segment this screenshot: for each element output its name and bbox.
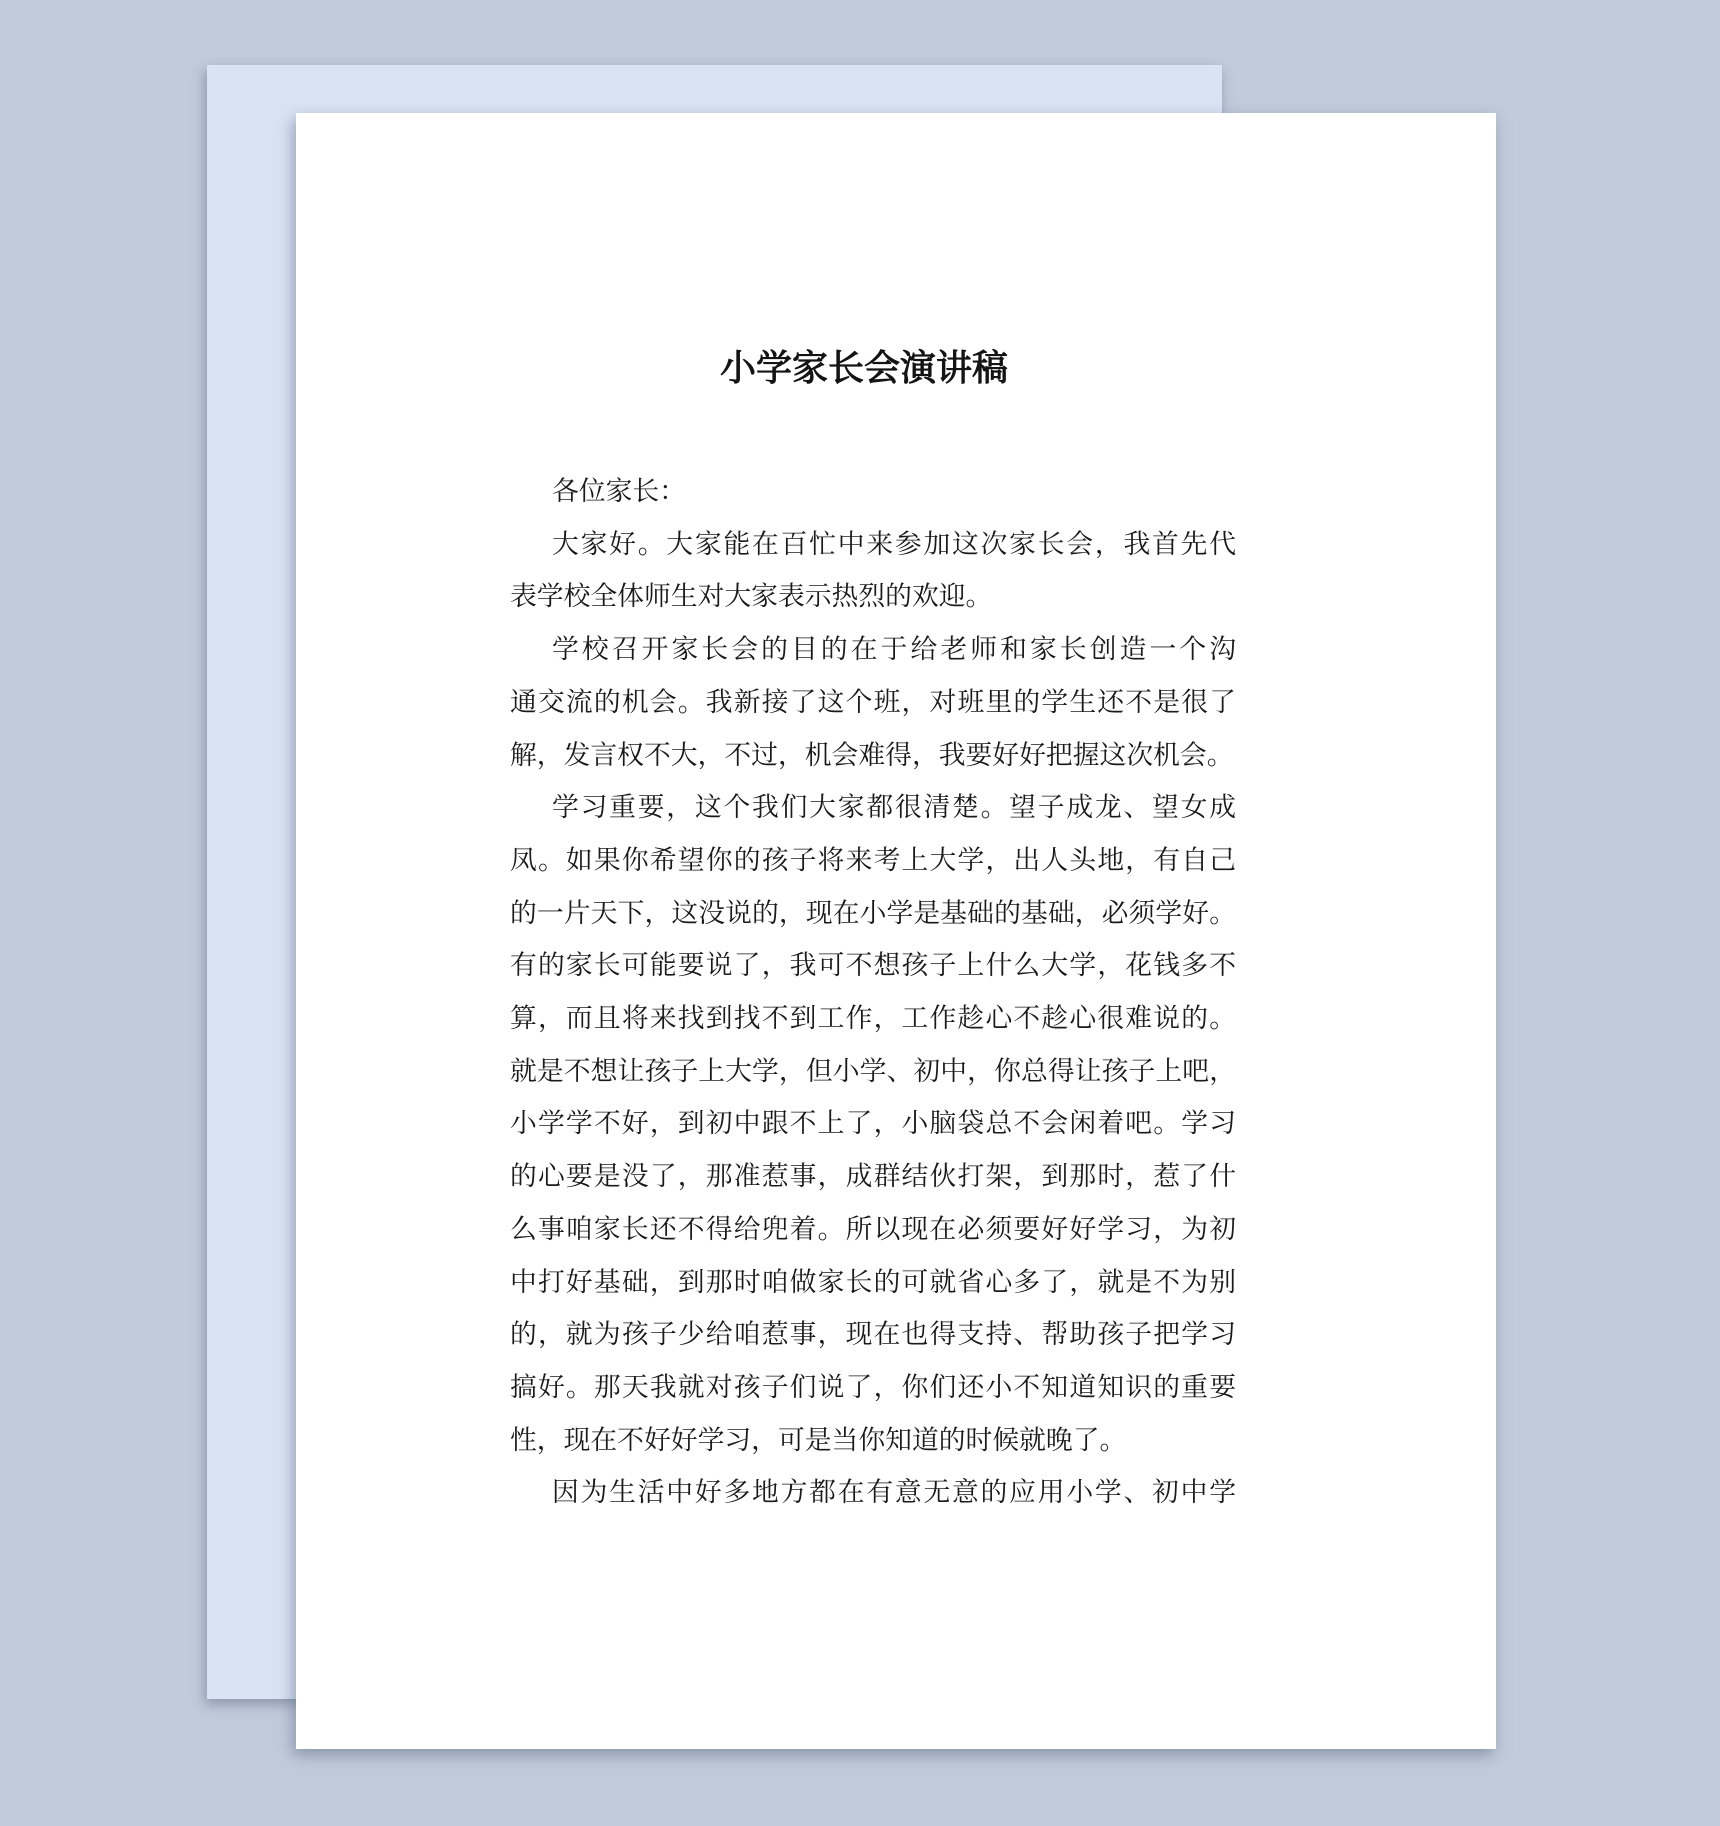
- document-text-line: 搞好。那天我就对孩子们说了，你们还小不知道知识的重要: [510, 1362, 1236, 1415]
- document-text-line: 的，就为孩子少给咱惹事，现在也得支持、帮助孩子把学习: [510, 1309, 1236, 1362]
- document-title: 小学家长会演讲稿: [264, 113, 1464, 396]
- document-text-line: 中打好基础，到那时咱做家长的可就省心多了，就是不为别: [510, 1257, 1236, 1310]
- document-text-line: 因为生活中好多地方都在有意无意的应用小学、初中学: [510, 1467, 1236, 1520]
- document-text-line: 表学校全体师生对大家表示热烈的欢迎。: [510, 571, 1236, 624]
- document-text-line: 通交流的机会。我新接了这个班，对班里的学生还不是很了: [510, 677, 1236, 730]
- document-text-line: 学习重要，这个我们大家都很清楚。望子成龙、望女成: [510, 782, 1236, 835]
- document-text-line: 小学学不好，到初中跟不上了，小脑袋总不会闲着吧。学习: [510, 1098, 1236, 1151]
- document-body: 各位家长：大家好。大家能在百忙中来参加这次家长会，我首先代表学校全体师生对大家表…: [510, 466, 1236, 1520]
- document-text-line: 性，现在不好好学习，可是当你知道的时候就晚了。: [510, 1415, 1236, 1468]
- document-text-line: 算，而且将来找到找不到工作，工作趁心不趁心很难说的。: [510, 993, 1236, 1046]
- document-text-line: 学校召开家长会的目的在于给老师和家长创造一个沟: [510, 624, 1236, 677]
- document-text-line: 么事咱家长还不得给兜着。所以现在必须要好好学习，为初: [510, 1204, 1236, 1257]
- document-text-line: 凤。如果你希望你的孩子将来考上大学，出人头地，有自己: [510, 835, 1236, 888]
- document-text-line: 有的家长可能要说了，我可不想孩子上什么大学，花钱多不: [510, 940, 1236, 993]
- document-text-line: 的一片天下，这没说的，现在小学是基础的基础，必须学好。: [510, 888, 1236, 941]
- document-text-line: 大家好。大家能在百忙中来参加这次家长会，我首先代: [510, 519, 1236, 572]
- document-text-line: 各位家长：: [510, 466, 1236, 519]
- document-text-line: 解，发言权不大，不过，机会难得，我要好好把握这次机会。: [510, 730, 1236, 783]
- document-text-line: 的心要是没了，那准惹事，成群结伙打架，到那时，惹了什: [510, 1151, 1236, 1204]
- document-page: 小学家长会演讲稿 各位家长：大家好。大家能在百忙中来参加这次家长会，我首先代表学…: [296, 113, 1496, 1749]
- document-preview-canvas: 小学家长会演讲稿 各位家长：大家好。大家能在百忙中来参加这次家长会，我首先代表学…: [0, 0, 1720, 1826]
- document-text-line: 就是不想让孩子上大学，但小学、初中，你总得让孩子上吧，: [510, 1046, 1236, 1099]
